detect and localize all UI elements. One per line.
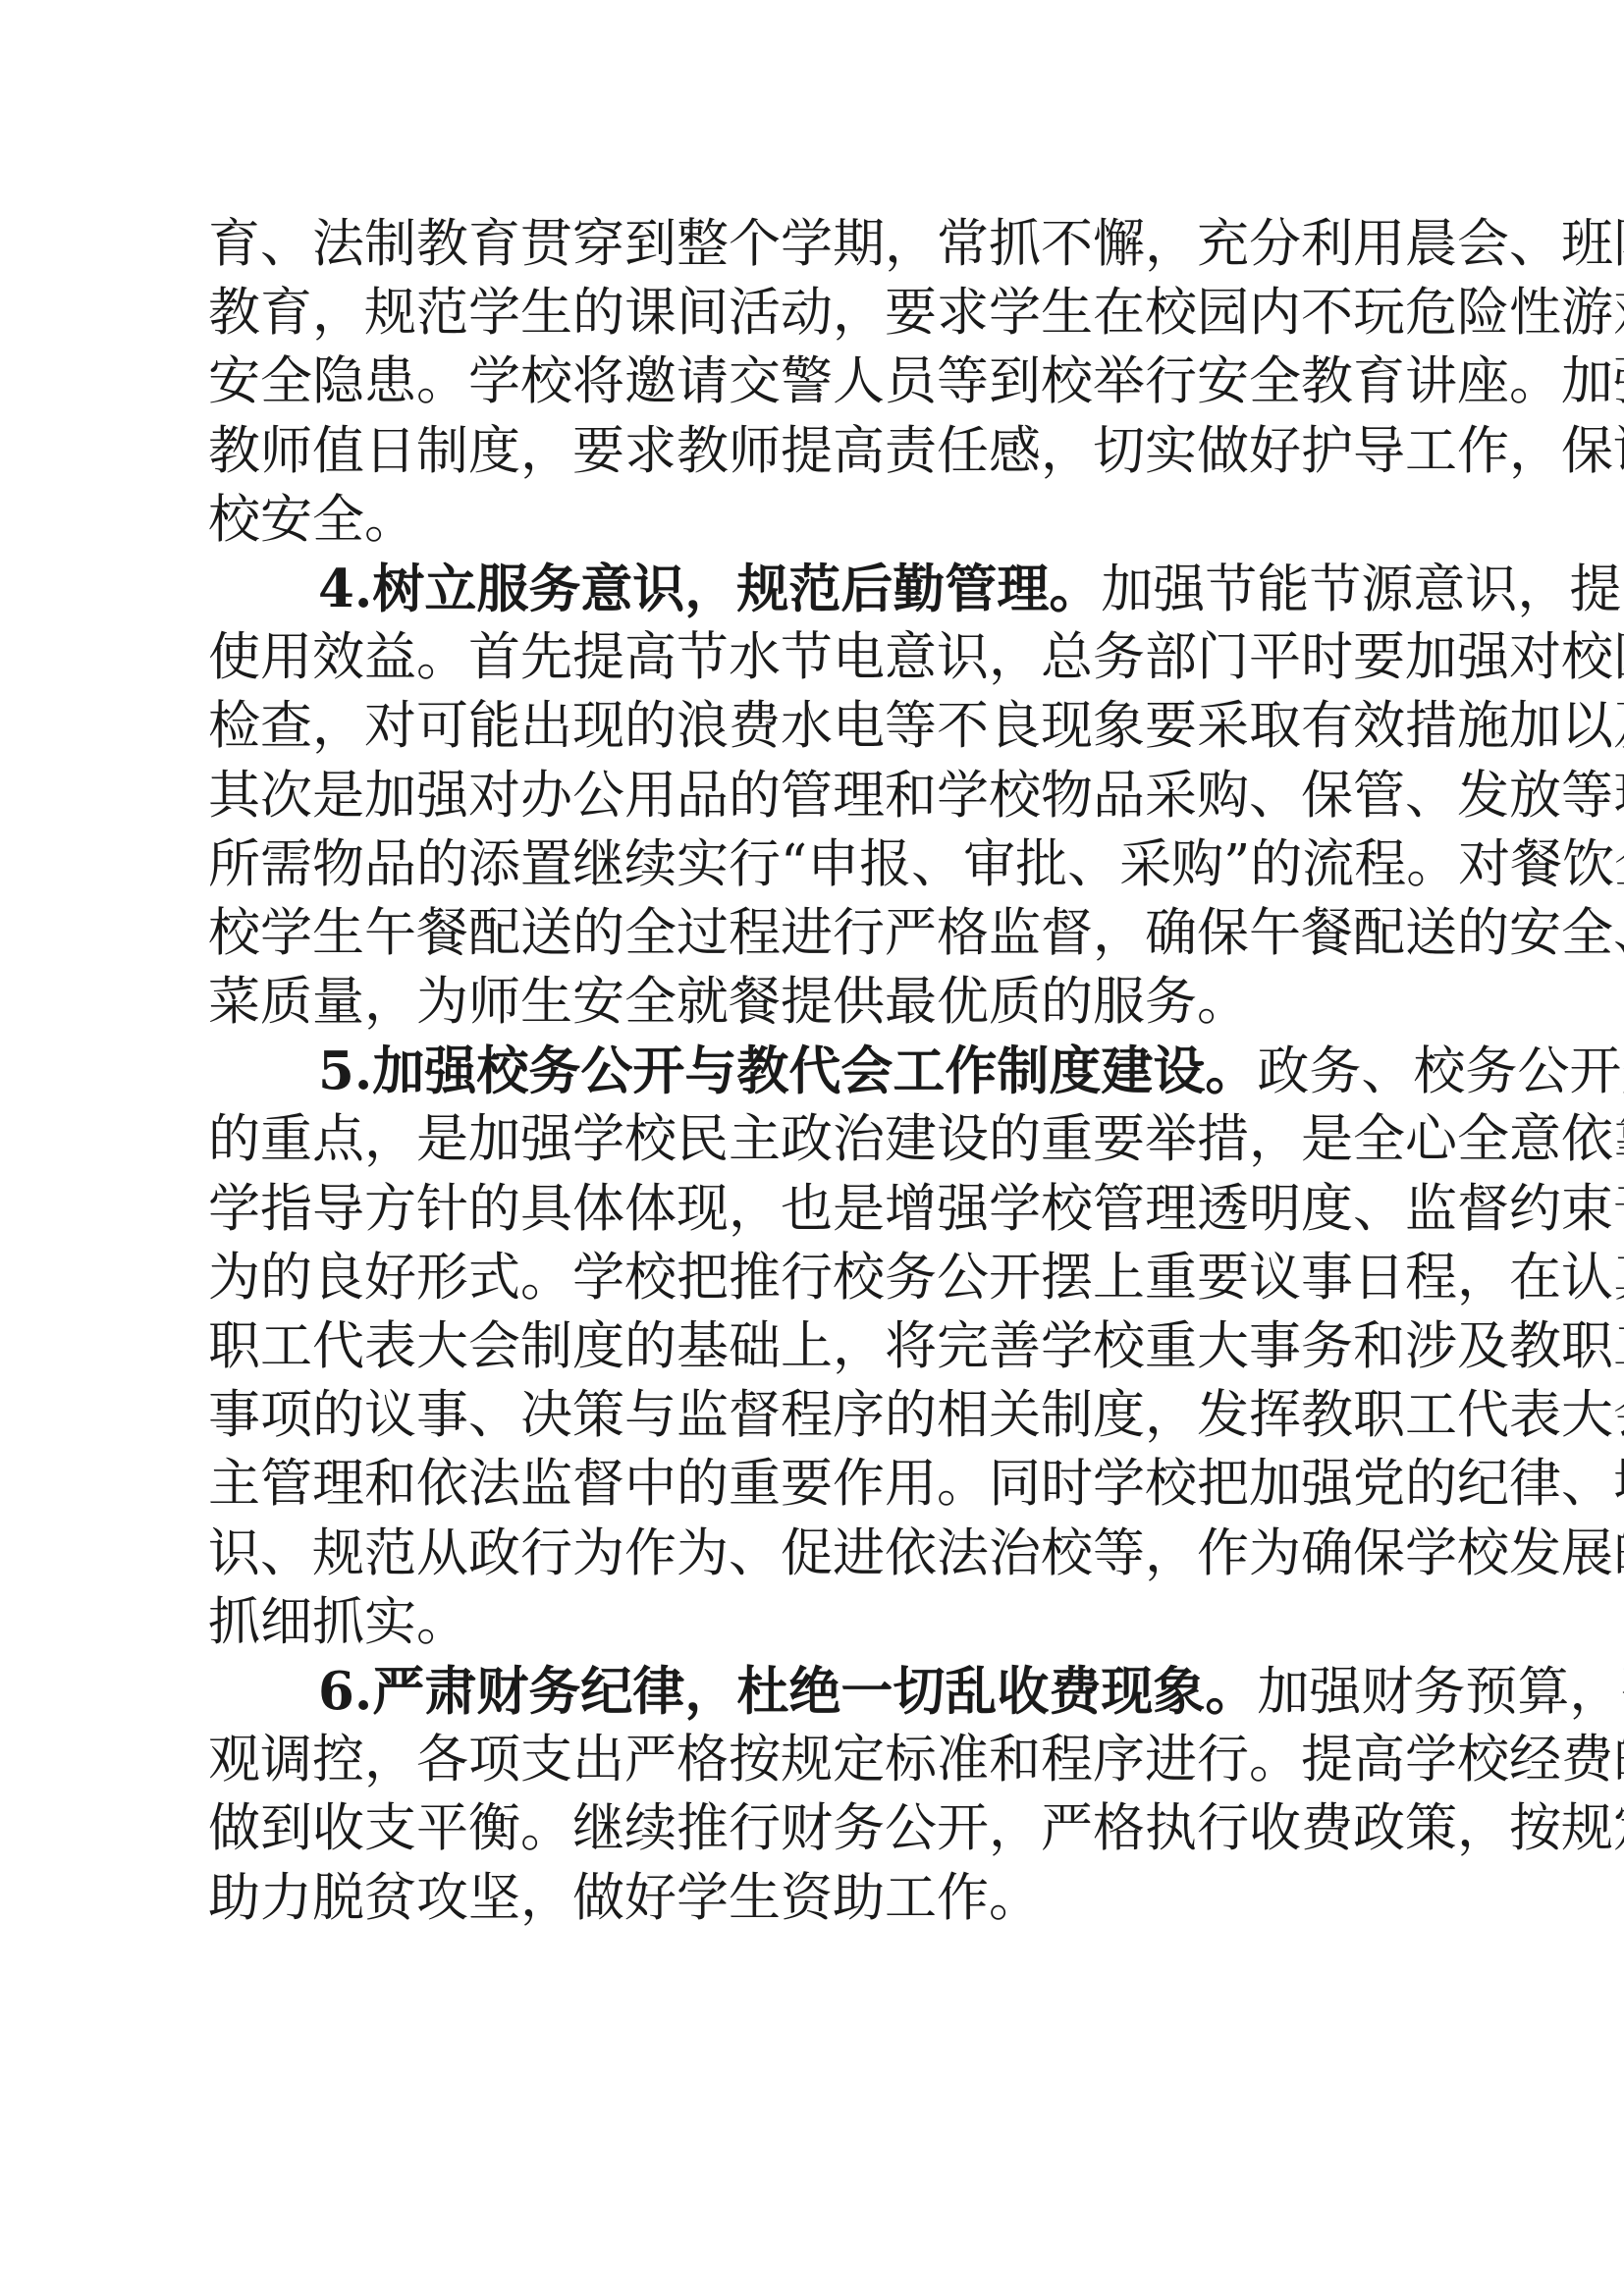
section-first-line: 4.树立服务意识，规范后勤管理。加强节能节源意识，提高物品能源 xyxy=(208,555,1430,623)
text-line: 抓细抓实。 xyxy=(208,1588,1430,1657)
text-line: 观调控，各项支出严格按规定标准和程序进行。提高学校经费的使用效益， xyxy=(208,1726,1430,1794)
section-text: 加强财务预算，强化财务宏 xyxy=(1257,1662,1624,1722)
text-line: 教育，规范学生的课间活动，要求学生在校园内不玩危险性游戏，杜绝不 xyxy=(208,279,1430,347)
text-line: 做到收支平衡。继续推行财务公开，严格执行收费政策，按规定标准收费。 xyxy=(208,1794,1430,1863)
text-line: 检查，对可能出现的浪费水电等不良现象要采取有效措施加以及时制止。 xyxy=(208,692,1430,761)
section-heading: 5.加强校务公开与教代会工作制度建设。 xyxy=(318,1041,1257,1101)
section-first-line: 5.加强校务公开与教代会工作制度建设。政务、校务公开是依法治校 xyxy=(208,1037,1430,1105)
paragraph-section-5: 5.加强校务公开与教代会工作制度建设。政务、校务公开是依法治校 的重点，是加强学… xyxy=(208,1037,1430,1657)
text-line: 教师值日制度，要求教师提高责任感，切实做好护导工作，保证学生的在 xyxy=(208,417,1430,486)
paragraph-section-4: 4.树立服务意识，规范后勤管理。加强节能节源意识，提高物品能源 使用效益。首先提… xyxy=(208,555,1430,1037)
text-line: 主管理和依法监督中的重要作用。同时学校把加强党的纪律、增强责任意 xyxy=(208,1450,1430,1519)
section-first-line: 6.严肃财务纪律，杜绝一切乱收费现象。加强财务预算，强化财务宏 xyxy=(208,1657,1430,1726)
section-text: 政务、校务公开是依法治校 xyxy=(1257,1041,1624,1101)
text-line: 校学生午餐配送的全过程进行严格监督，确保午餐配送的安全、卫生与饭 xyxy=(208,899,1430,968)
text-line: 其次是加强对办公用品的管理和学校物品采购、保管、发放等环节的管理， xyxy=(208,762,1430,830)
document-page: 育、法制教育贯穿到整个学期，常抓不懈，充分利用晨会、班队活动进行 教育，规范学生… xyxy=(208,210,1430,1933)
text-line: 安全隐患。学校将邀请交警人员等到校举行安全教育讲座。加强行政带班、 xyxy=(208,347,1430,416)
section-text: 加强节能节源意识，提高物品能源 xyxy=(1101,560,1624,619)
text-line: 的重点，是加强学校民主政治建设的重要举措，是全心全意依靠教职工办 xyxy=(208,1105,1430,1174)
paragraph-section-6: 6.严肃财务纪律，杜绝一切乱收费现象。加强财务预算，强化财务宏 观调控，各项支出… xyxy=(208,1657,1430,1933)
section-heading: 4.树立服务意识，规范后勤管理。 xyxy=(318,559,1101,619)
text-line: 育、法制教育贯穿到整个学期，常抓不懈，充分利用晨会、班队活动进行 xyxy=(208,210,1430,279)
text-line: 菜质量，为师生安全就餐提供最优质的服务。 xyxy=(208,968,1430,1037)
text-line: 识、规范从政行为作为、促进依法治校等，作为确保学校发展的重要工作 xyxy=(208,1520,1430,1588)
text-line: 所需物品的添置继续实行“申报、审批、采购”的流程。对餐饮企业对我 xyxy=(208,830,1430,899)
paragraph-safety-continuation: 育、法制教育贯穿到整个学期，常抓不懈，充分利用晨会、班队活动进行 教育，规范学生… xyxy=(208,210,1430,555)
section-heading: 6.严肃财务纪律，杜绝一切乱收费现象。 xyxy=(318,1661,1257,1722)
text-line: 学指导方针的具体体现，也是增强学校管理透明度、监督约束干部行政行 xyxy=(208,1175,1430,1244)
text-line: 为的良好形式。学校把推行校务公开摆上重要议事日程，在认真贯彻好教 xyxy=(208,1244,1430,1312)
text-line: 校安全。 xyxy=(208,486,1430,555)
text-line: 事项的议事、决策与监督程序的相关制度，发挥教职工代表大会在学校民 xyxy=(208,1381,1430,1450)
text-line: 使用效益。首先提高节水节电意识，总务部门平时要加强对校园的巡视和 xyxy=(208,623,1430,692)
text-line: 职工代表大会制度的基础上，将完善学校重大事务和涉及教职工切身利益 xyxy=(208,1312,1430,1381)
text-line: 助力脱贫攻坚，做好学生资助工作。 xyxy=(208,1864,1430,1933)
